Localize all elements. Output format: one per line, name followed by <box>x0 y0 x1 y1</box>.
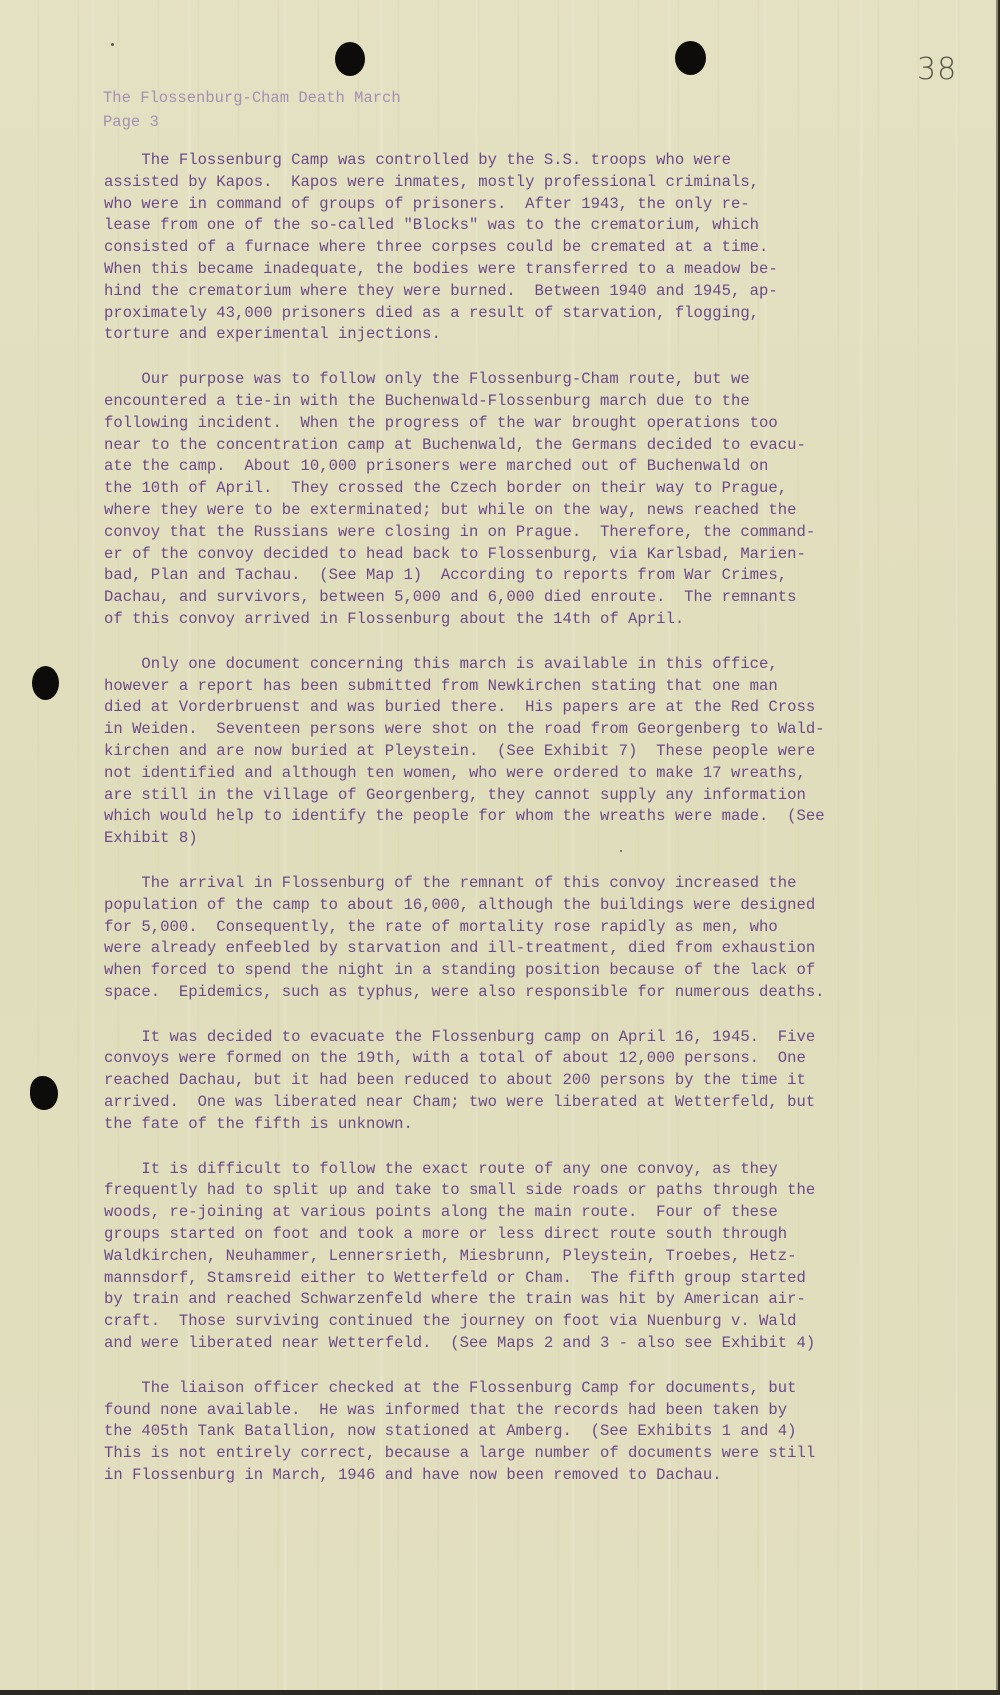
text-line: near to the concentration camp at Buchen… <box>104 435 904 457</box>
text-line: proximately 43,000 prisoners died as a r… <box>104 303 904 325</box>
document-body: The Flossenburg Camp was controlled by t… <box>104 150 904 1510</box>
text-line: of this convoy arrived in Flossenburg ab… <box>104 609 904 631</box>
text-line: Dachau, and survivors, between 5,000 and… <box>104 587 904 609</box>
text-line: for 5,000. Consequently, the rate of mor… <box>104 917 904 939</box>
text-line: and were liberated near Wetterfeld. (See… <box>104 1333 904 1355</box>
text-line: ate the camp. About 10,000 prisoners wer… <box>104 456 904 478</box>
text-line: where they were to be exterminated; but … <box>104 500 904 522</box>
text-line: by train and reached Schwarzenfeld where… <box>104 1289 904 1311</box>
paragraph-camp-population: The arrival in Flossenburg of the remnan… <box>104 873 904 1004</box>
text-line: The arrival in Flossenburg of the remnan… <box>104 873 904 895</box>
text-line: The Flossenburg Camp was controlled by t… <box>104 150 904 172</box>
document-page: 38 The Flossenburg-Cham Death March Page… <box>0 0 998 1690</box>
text-line: the 405th Tank Batallion, now stationed … <box>104 1421 904 1443</box>
stray-mark <box>111 43 114 46</box>
document-header: The Flossenburg-Cham Death March Page 3 <box>103 86 401 134</box>
text-line: are still in the village of Georgenberg,… <box>104 785 904 807</box>
text-line: groups started on foot and took a more o… <box>104 1224 904 1246</box>
text-line: Only one document concerning this march … <box>104 654 904 676</box>
text-line: This is not entirely correct, because a … <box>104 1443 904 1465</box>
text-line: were already enfeebled by starvation and… <box>104 938 904 960</box>
text-line: arrived. One was liberated near Cham; tw… <box>104 1092 904 1114</box>
text-line: which would help to identify the people … <box>104 806 904 828</box>
document-title: The Flossenburg-Cham Death March <box>103 86 401 110</box>
punch-hole-top-right <box>675 41 706 75</box>
text-line: torture and experimental injections. <box>104 324 904 346</box>
text-line: following incident. When the progress of… <box>104 413 904 435</box>
text-line: frequently had to split up and take to s… <box>104 1180 904 1202</box>
text-line: the 10th of April. They crossed the Czec… <box>104 478 904 500</box>
text-line: Waldkirchen, Neuhammer, Lennersrieth, Mi… <box>104 1246 904 1268</box>
text-line: consisted of a furnace where three corps… <box>104 237 904 259</box>
punch-hole-left-lower <box>30 1076 58 1110</box>
text-line: When this became inadequate, the bodies … <box>104 259 904 281</box>
text-line: It was decided to evacuate the Flossenbu… <box>104 1027 904 1049</box>
text-line: in Weiden. Seventeen persons were shot o… <box>104 719 904 741</box>
text-line: the fate of the fifth is unknown. <box>104 1114 904 1136</box>
text-line: lease from one of the so-called "Blocks"… <box>104 215 904 237</box>
text-line: convoy that the Russians were closing in… <box>104 522 904 544</box>
paragraph-documents-newkirchen: Only one document concerning this march … <box>104 654 904 850</box>
text-line: who were in command of groups of prisone… <box>104 194 904 216</box>
text-line: space. Epidemics, such as typhus, were a… <box>104 982 904 1004</box>
paragraph-evacuation: It was decided to evacuate the Flossenbu… <box>104 1027 904 1136</box>
text-line: reached Dachau, but it had been reduced … <box>104 1070 904 1092</box>
text-line: found none available. He was informed th… <box>104 1400 904 1422</box>
text-line: It is difficult to follow the exact rout… <box>104 1159 904 1181</box>
text-line: convoys were formed on the 19th, with a … <box>104 1048 904 1070</box>
text-line: craft. Those surviving continued the jou… <box>104 1311 904 1333</box>
page-number: 38 <box>917 52 957 87</box>
text-line: Our purpose was to follow only the Floss… <box>104 369 904 391</box>
text-line: when forced to spend the night in a stan… <box>104 960 904 982</box>
text-line: hind the crematorium where they were bur… <box>104 281 904 303</box>
text-line: er of the convoy decided to head back to… <box>104 544 904 566</box>
text-line: in Flossenburg in March, 1946 and have n… <box>104 1465 904 1487</box>
paragraph-liaison-officer: The liaison officer checked at the Floss… <box>104 1378 904 1487</box>
text-line: The liaison officer checked at the Floss… <box>104 1378 904 1400</box>
text-line: bad, Plan and Tachau. (See Map 1) Accord… <box>104 565 904 587</box>
paragraph-convoy-routes: It is difficult to follow the exact rout… <box>104 1159 904 1355</box>
text-line: encountered a tie-in with the Buchenwald… <box>104 391 904 413</box>
text-line: mannsdorf, Stamsreid either to Wetterfel… <box>104 1268 904 1290</box>
paragraph-buchenwald-tie-in: Our purpose was to follow only the Floss… <box>104 369 904 631</box>
text-line: assisted by Kapos. Kapos were inmates, m… <box>104 172 904 194</box>
text-line: woods, re-joining at various points alon… <box>104 1202 904 1224</box>
text-line: died at Vorderbruenst and was buried the… <box>104 697 904 719</box>
punch-hole-top-left <box>335 42 365 76</box>
text-line: kirchen and are now buried at Pleystein.… <box>104 741 904 763</box>
page-label: Page 3 <box>103 110 401 134</box>
text-line: population of the camp to about 16,000, … <box>104 895 904 917</box>
text-line: Exhibit 8) <box>104 828 904 850</box>
punch-hole-left-middle <box>32 666 59 700</box>
paragraph-camp-control: The Flossenburg Camp was controlled by t… <box>104 150 904 346</box>
text-line: not identified and although ten women, w… <box>104 763 904 785</box>
text-line: however a report has been submitted from… <box>104 676 904 698</box>
